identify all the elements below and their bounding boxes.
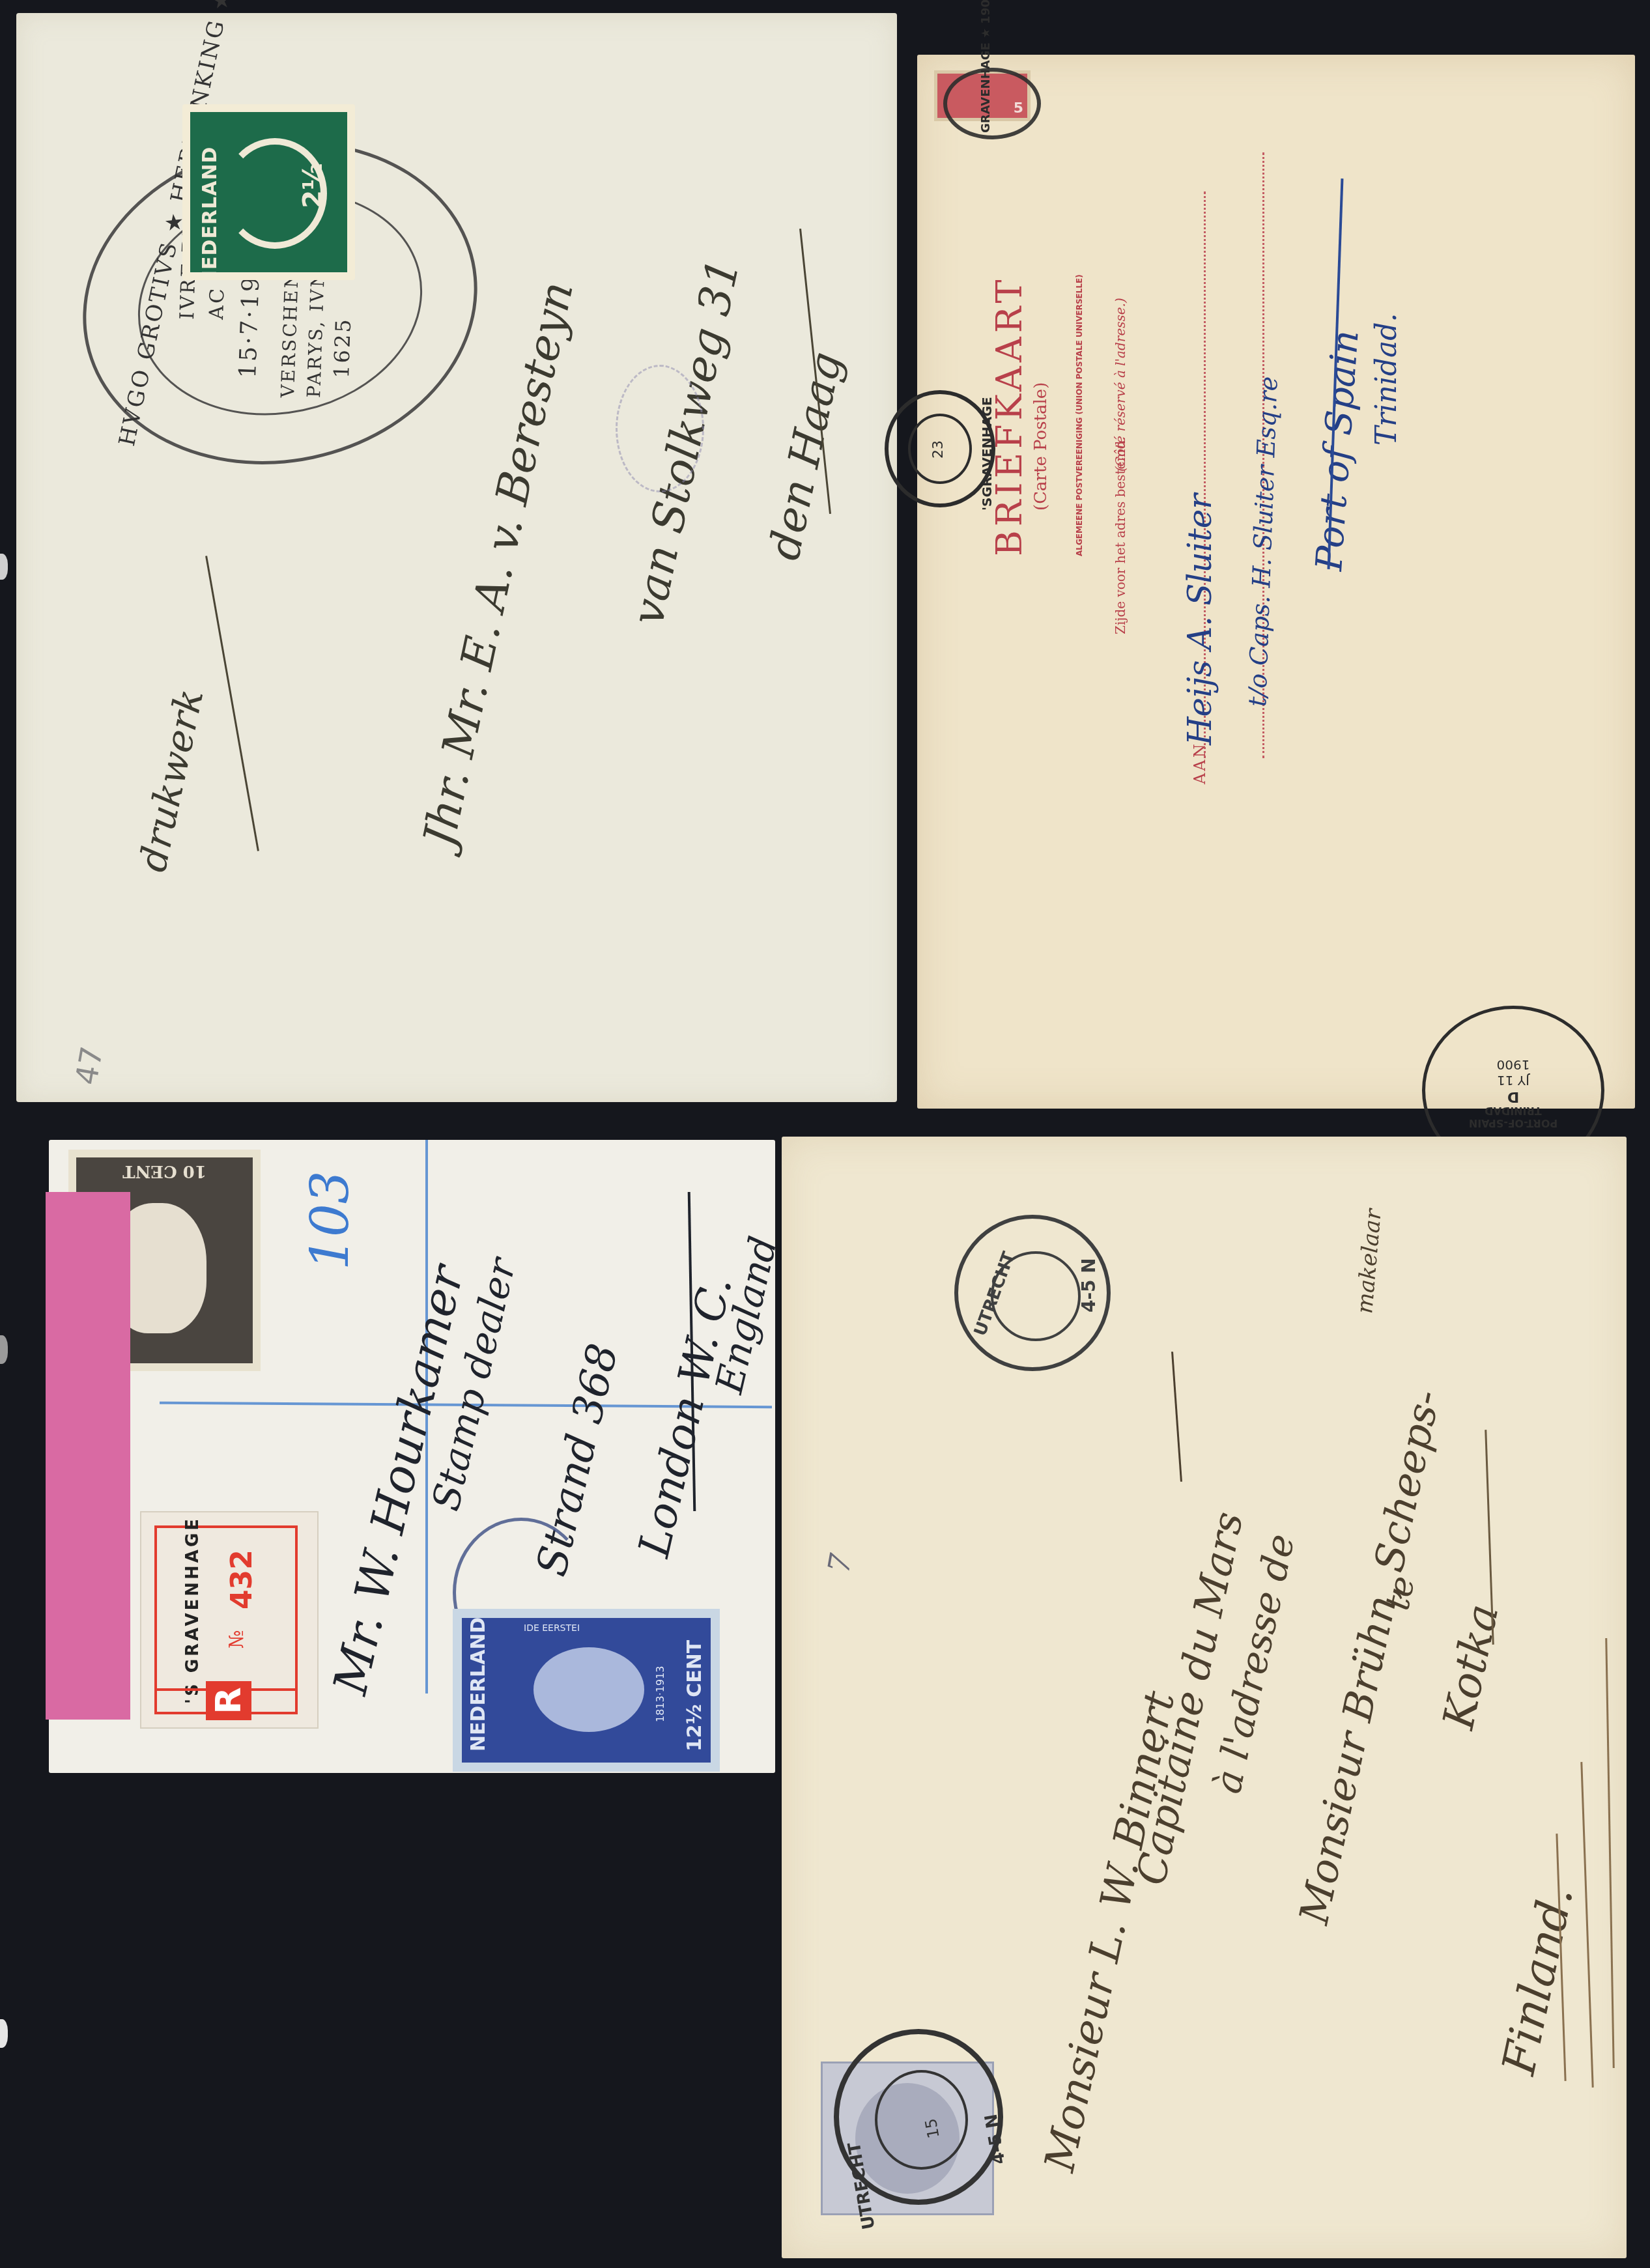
registration-number: 432 bbox=[225, 1550, 259, 1609]
registration-label: 'S GRAVENHAGE № 432 R bbox=[140, 1511, 319, 1729]
union-text: ALGEMEENE POSTVEREENIGING (UNION POSTALE… bbox=[1075, 274, 1084, 556]
envelope-grotius-1925[interactable]: HVGO GROTIVS ★ HERDENKING ★ 'SGRAVENHAGE… bbox=[16, 13, 897, 1102]
briefkaart-title: BRIEFKAART bbox=[989, 276, 1030, 556]
binder-hole bbox=[0, 2019, 8, 2048]
registration-r-block: R bbox=[154, 1688, 298, 1714]
address-line-2: t/o Caps. H. Sluiter Esq.re bbox=[1243, 376, 1283, 707]
postal-card-utrecht-kotka[interactable]: UTRECHT 4-5 N UTRECHT 4-5 N 15 7 Monsieu… bbox=[782, 1137, 1627, 2258]
registered-cover-1913[interactable]: 10 CENT 103 'S GRAVENHAGE № 432 R Mr. W.… bbox=[49, 1140, 775, 1773]
registration-letter: R bbox=[206, 1681, 251, 1720]
postmark-transit-time: 4-5 N bbox=[1078, 1258, 1100, 1312]
address-line-5: makelaar bbox=[1352, 1208, 1387, 1315]
postmark-arrival-letter: D bbox=[1458, 1088, 1569, 1105]
binder-hole bbox=[0, 1335, 8, 1364]
address-line-city: den Haag bbox=[759, 348, 852, 564]
address-line-1: Heijs A. Sluiter bbox=[1181, 494, 1219, 745]
stamp-green-2-5-cent: NEDERLAND 2½ bbox=[182, 104, 355, 280]
king-portrait bbox=[533, 1647, 644, 1732]
carte-postale-subtitle: (Carte Postale) bbox=[1031, 382, 1051, 511]
postmark-arrival-year: 1900 bbox=[1458, 1057, 1569, 1073]
blue-crayon-number: 103 bbox=[300, 1170, 360, 1270]
address-side-note-fr: (Côté réservé à l'adresse.) bbox=[1113, 298, 1128, 472]
stamp-value: 12½ CENT bbox=[683, 1640, 706, 1751]
address-line-8: Finland. bbox=[1492, 1882, 1584, 2079]
address-line-7: Kotka bbox=[1433, 1600, 1508, 1733]
pencil-note: 7 bbox=[821, 1551, 859, 1576]
stamp-value: 10 CENT bbox=[76, 1161, 253, 1181]
postmark-arrival-date: JY 11 bbox=[1458, 1073, 1569, 1088]
address-line-3: Port of Spain bbox=[1308, 329, 1367, 573]
stamp-years: 1813·1913 bbox=[654, 1666, 666, 1722]
postmark-arrival-text: PORT-OF-SPAIN TRINIDAD bbox=[1458, 1105, 1569, 1129]
postmark-top-text: GRAVENHAGE ★ 1900 bbox=[979, 0, 993, 133]
finland-underline-2 bbox=[1580, 1762, 1593, 2088]
pencil-note: 47 bbox=[68, 1043, 109, 1087]
postmark-arrival-center: PORT-OF-SPAIN TRINIDAD D JY 11 1900 bbox=[1458, 1045, 1569, 1129]
postmark-origin-day: 15 bbox=[922, 2117, 943, 2140]
handwritten-drukwerk: drukwerk bbox=[130, 685, 212, 875]
finland-underline-3 bbox=[1605, 1638, 1615, 2068]
address-underline bbox=[1171, 1352, 1182, 1482]
faint-violet-cancel bbox=[616, 365, 704, 492]
postcard-briefkaart-trinidad[interactable]: 5 GRAVENHAGE ★ 1900 'SGRAVENHAGE 23 BRIE… bbox=[917, 55, 1635, 1109]
postmark-inner-line: 1625 bbox=[329, 317, 356, 379]
postmark-origin-day: 23 bbox=[930, 440, 946, 459]
drukwerk-underline bbox=[205, 556, 259, 851]
stamp-country: NEDERLAND bbox=[467, 1617, 490, 1751]
address-line-4: Trinidad. bbox=[1370, 313, 1403, 446]
stamp-country: NEDERLAND bbox=[199, 147, 221, 272]
pink-paper-strip bbox=[46, 1192, 130, 1720]
address-line-4: Monsieur Brühn, Scheeps- bbox=[1290, 1386, 1449, 1929]
stamp-12-5-cent-blue: NEDERLAND 12½ CENT IDE EERSTEI 1813·1913 bbox=[453, 1609, 720, 1772]
stamp-value: 2½ bbox=[298, 163, 328, 208]
stamp-caption-top: IDE EERSTEI bbox=[524, 1623, 580, 1634]
registration-number-prefix: № bbox=[225, 1630, 248, 1649]
registration-office: 'S GRAVENHAGE bbox=[183, 1516, 203, 1704]
aan-label: AAN bbox=[1191, 742, 1209, 784]
binder-hole bbox=[0, 554, 8, 580]
